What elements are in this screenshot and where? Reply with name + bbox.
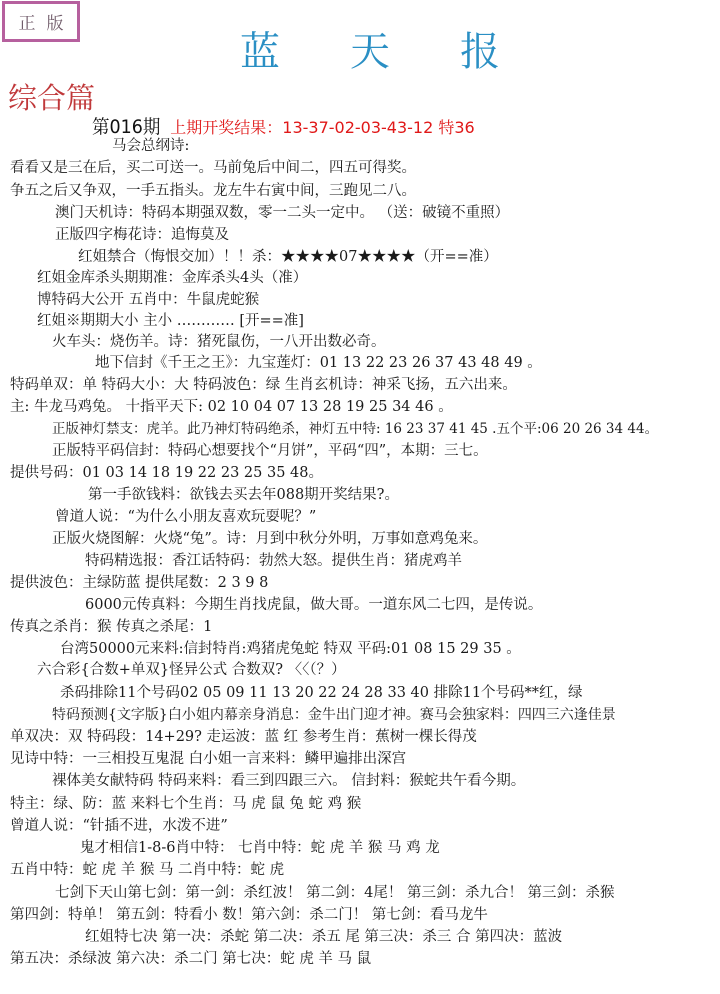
- text-line: 见诗中特：一三相投互鬼混 白小姐一言来料：鳞甲遍排出深宫: [10, 750, 406, 768]
- text-line: 五肖中特：蛇 虎 羊 猴 马 二肖中特：蛇 虎: [10, 861, 284, 879]
- text-line: 6000元传真料：今期生肖找虎鼠，做大哥。一道东风二七四，是传说。: [85, 596, 542, 614]
- text-line: 特主：绿、防：蓝 来料七个生肖：马 虎 鼠 兔 蛇 鸡 猴: [10, 795, 361, 813]
- text-line: 台湾50000元来料:信封特肖:鸡猪虎兔蛇 特双 平码:01 08 15 29 …: [60, 640, 521, 658]
- text-line: 传真之杀肖：猴 传真之杀尾：1: [10, 618, 212, 636]
- title-char: 天: [350, 20, 390, 77]
- text-line: 火车头：烧伤羊。诗：猪死鼠伤，一八开出数必奇。: [52, 333, 386, 351]
- text-line: 鬼才相信1-8-6肖中特： 七肖中特：蛇 虎 羊 猴 马 鸡 龙: [80, 839, 440, 857]
- text-line: 单双决：双 特码段：14+29? 走运波：蓝 红 参考生肖：蕉树一棵长得茂: [10, 728, 477, 746]
- text-line: 提供波色：主绿防蓝 提供尾数：2 3 9 8: [10, 574, 268, 592]
- text-line: 马会总纲诗:: [112, 137, 189, 155]
- title-char: 蓝: [240, 20, 280, 77]
- text-line: 看看又是三在后，买二可送一。马前兔后中间二，四五可得奖。: [10, 159, 416, 177]
- last-draw-result: 上期开奖结果：13-37-02-03-43-12 特36: [170, 115, 474, 138]
- text-line: 第五决：杀绿波 第六决：杀二门 第七决：蛇 虎 羊 马 鼠: [10, 950, 371, 968]
- text-line: 地下信封《千王之王》：九宝莲灯：01 13 22 23 26 37 43 48 …: [95, 354, 542, 372]
- title-char: 报: [460, 20, 500, 77]
- text-line: 特码单双：单 特码大小：大 特码波色：绿 生肖玄机诗：神采飞扬，五六出来。: [10, 376, 517, 394]
- text-line: 博特码大公开 五肖中：牛鼠虎蛇猴: [37, 291, 259, 309]
- text-line: 正版火烧图解：火烧“兔”。诗：月到中秋分外明，万事如意鸡兔来。: [52, 530, 487, 548]
- text-line: 正版神灯禁支：虎羊。此乃神灯特码绝杀，神灯五中特: 16 23 37 41 45…: [52, 420, 658, 438]
- text-line: 争五之后又争双，一手五指头。龙左牛右寅中间，三跑见二八。: [10, 182, 416, 200]
- issue-number: 第016期: [92, 112, 160, 139]
- text-line: 正版特平码信封：特码心想要找个“月饼”，平码“四”，本期：三七。: [52, 442, 488, 460]
- text-line: 红姐金库杀头期期准：金库杀头4头（准）: [37, 269, 307, 287]
- text-line: 六合彩{合数+单双}怪异公式 合数双? 〈〈（？）: [37, 661, 346, 679]
- text-line: 红姐禁合（悔恨交加）！！杀：★★★★07★★★★（开==准）: [78, 248, 498, 266]
- text-line: 曾道人说：“为什么小朋友喜欢玩耍呢？”: [55, 508, 316, 526]
- text-line: 第四剑：特单！ 第五剑：特看小 数！第六剑：杀二门！ 第七剑：看马龙牛: [10, 906, 488, 924]
- section-heading: 综合篇: [8, 76, 95, 117]
- text-line: 正版四字梅花诗：追悔莫及: [55, 226, 229, 244]
- newspaper-title: 蓝 天 报: [240, 20, 500, 77]
- text-line: 七剑下天山第七剑：第一剑：杀红波！ 第二剑：4尾！ 第三剑：杀九合！ 第三剑：杀…: [55, 884, 615, 902]
- genuine-edition-badge: 正 版: [2, 1, 80, 42]
- text-line: 主: 牛龙马鸡兔。 十指平天下: 02 10 04 07 13 28 19 25…: [10, 398, 453, 416]
- badge-char: 版: [47, 9, 64, 34]
- text-line: 特码预测{文字版}白小姐内幕亲身消息：金牛出门迎才神。赛马会独家料：四四三六逢佳…: [52, 706, 616, 724]
- text-line: 曾道人说：“针插不进，水泼不进”: [10, 817, 228, 835]
- text-line: 特码精选报：香江话特码：勃然大怒。提供生肖：猪虎鸡羊: [85, 552, 462, 570]
- issue-row: 第016期 上期开奖结果：13-37-02-03-43-12 特36: [92, 112, 475, 139]
- text-line: 澳门天机诗：特码本期强双数，零一二头一定中。 （送：破镜不重照）: [55, 204, 509, 222]
- text-line: 红姐※期期大小 主小 ………… [开==准]: [37, 312, 304, 330]
- badge-char: 正: [19, 9, 36, 34]
- text-line: 裸体美女献特码 特码来料：看三到四跟三六。 信封料：猴蛇共午看今期。: [52, 772, 525, 790]
- text-line: 红姐特七决 第一决：杀蛇 第二决：杀五 尾 第三决：杀三 合 第四决：蓝波: [85, 928, 562, 946]
- text-line: 杀码排除11个号码02 05 09 11 13 20 22 24 28 33 4…: [60, 684, 583, 702]
- text-line: 提供号码：01 03 14 18 19 22 23 25 35 48。: [10, 464, 323, 482]
- text-line: 第一手欲钱料：欲钱去买去年088期开奖结果?。: [88, 486, 399, 504]
